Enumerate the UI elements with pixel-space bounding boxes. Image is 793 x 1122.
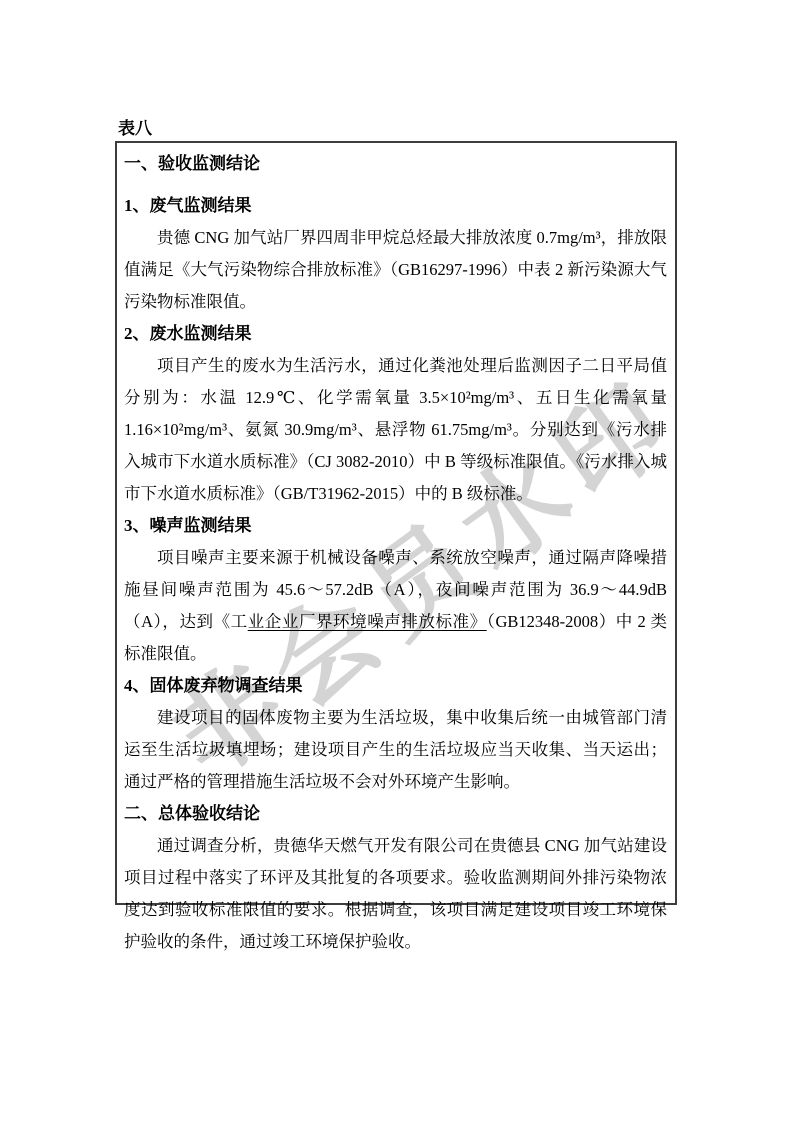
- section-heading-gas: 1、废气监测结果: [124, 190, 667, 222]
- document-page: 非会员水印 表八 一、验收监测结论 1、废气监测结果 贵德 CNG 加气站厂界四…: [0, 0, 793, 1122]
- table-caption: 表八: [118, 114, 152, 139]
- water-paragraph: 项目产生的废水为生活污水，通过化粪池处理后监测因子二日平局值分别为：水温 12.…: [124, 350, 667, 510]
- section-heading-water: 2、废水监测结果: [124, 318, 667, 350]
- solid-waste-paragraph: 建设项目的固体废物主要为生活垃圾，集中收集后统一由城管部门清运至生活垃圾填埋场；…: [124, 702, 667, 798]
- noise-paragraph-underlined-standard: 业企业厂界环境噪声排放标准》: [248, 612, 487, 631]
- section-heading-overall: 二、总体验收结论: [124, 798, 667, 830]
- noise-paragraph: 项目噪声主要来源于机械设备噪声、系统放空噪声，通过隔声降噪措施昼间噪声范围为 4…: [124, 542, 667, 670]
- section-heading-solid-waste: 4、固体废弃物调查结果: [124, 670, 667, 702]
- section-heading-conclusion-main: 一、验收监测结论: [124, 148, 667, 180]
- gas-paragraph: 贵德 CNG 加气站厂界四周非甲烷总烃最大排放浓度 0.7mg/m³，排放限值满…: [124, 222, 667, 318]
- section-heading-noise: 3、噪声监测结果: [124, 510, 667, 542]
- report-table: 一、验收监测结论 1、废气监测结果 贵德 CNG 加气站厂界四周非甲烷总烃最大排…: [115, 141, 677, 905]
- overall-paragraph: 通过调查分析，贵德华天燃气开发有限公司在贵德县 CNG 加气站建设项目过程中落实…: [124, 830, 667, 958]
